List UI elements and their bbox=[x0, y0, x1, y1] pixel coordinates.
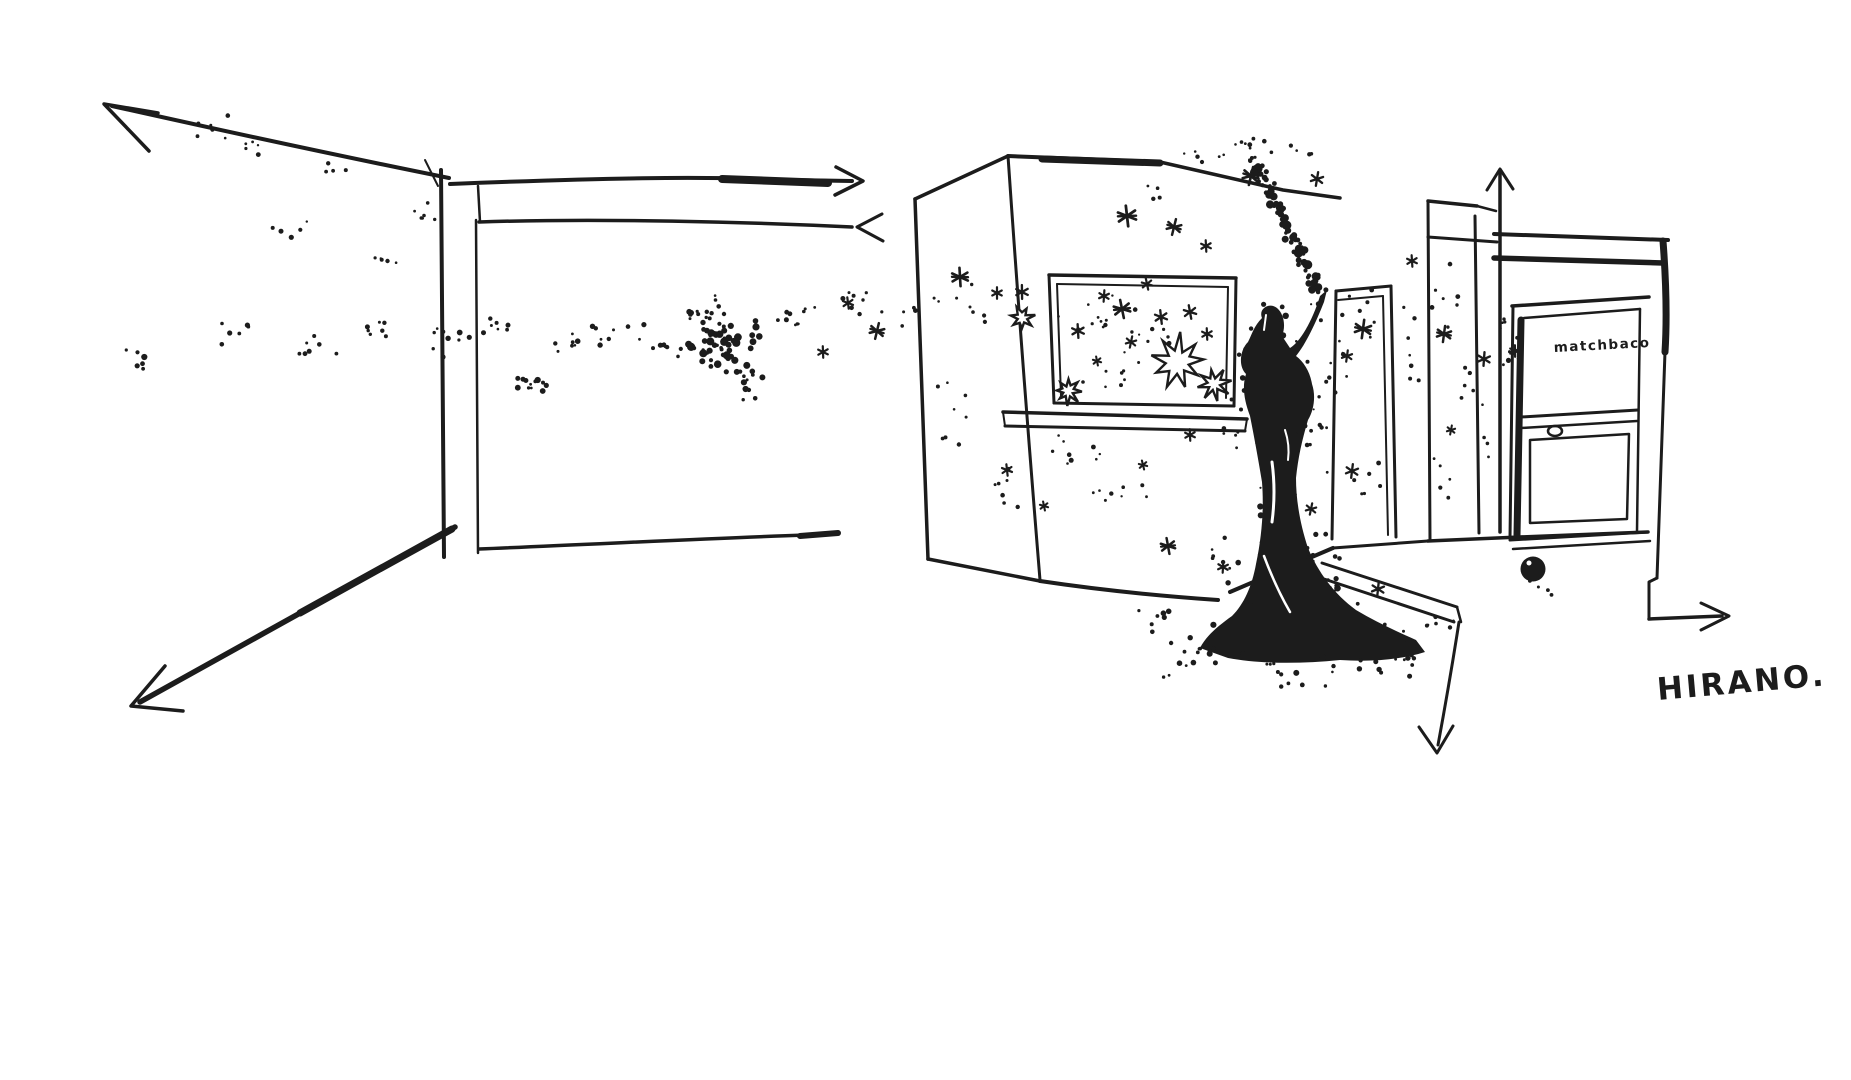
burst-stars bbox=[1011, 307, 1232, 406]
arrow-right-bottom bbox=[1649, 603, 1729, 630]
wall-corner-inner-edge bbox=[476, 220, 478, 553]
ground-line-a bbox=[1333, 541, 1428, 548]
wall-bottom-edge bbox=[479, 534, 836, 549]
arrow-down-left bbox=[131, 527, 455, 711]
door-frame-left bbox=[1510, 306, 1513, 538]
genie-figure bbox=[1196, 287, 1425, 665]
kiosk-top-band-a bbox=[1494, 234, 1668, 240]
ceiling-beam-bottom bbox=[479, 220, 852, 227]
cartoon-illustration: matchbaco HIRANO. bbox=[0, 0, 1851, 1080]
window-sill-bottom bbox=[1005, 426, 1245, 431]
kiosk-right-edge bbox=[1657, 352, 1665, 578]
window-sill-top bbox=[1003, 412, 1247, 419]
ceiling-beam-thick bbox=[722, 179, 828, 183]
ceiling-beam-end bbox=[478, 186, 480, 222]
door-label: matchbaco bbox=[1553, 335, 1651, 356]
artist-signature: HIRANO. bbox=[1656, 657, 1828, 708]
left-room-sketch bbox=[425, 160, 852, 557]
kiosk-top-band-b bbox=[1494, 258, 1663, 263]
roof-left-slope bbox=[915, 156, 1008, 199]
door-lower-panel bbox=[1530, 434, 1629, 523]
perspective-arrows bbox=[104, 104, 883, 711]
door-midrail-a bbox=[1521, 410, 1638, 417]
roof-ridge-thick bbox=[1042, 159, 1160, 163]
door-leaf: matchbaco bbox=[1517, 309, 1651, 535]
arrow-down bbox=[1419, 622, 1459, 753]
kiosk-base-jog bbox=[1649, 578, 1657, 619]
spark-streak bbox=[1250, 163, 1322, 294]
arrow-tail-fletch bbox=[857, 214, 883, 241]
wall-corner-edge bbox=[441, 170, 444, 557]
wall-bottom-blob bbox=[800, 533, 838, 536]
building-front-corner bbox=[1008, 156, 1040, 580]
rubber-ball bbox=[1521, 557, 1546, 582]
corner-pillar bbox=[1428, 201, 1497, 540]
doorknob bbox=[1548, 426, 1562, 436]
kiosk-right-corner-thick bbox=[1663, 241, 1666, 352]
front-base bbox=[1040, 581, 1218, 600]
door-threshold bbox=[1513, 541, 1650, 549]
arrow-up-left bbox=[104, 104, 449, 178]
door-midrail-b bbox=[1521, 421, 1637, 428]
door-frame-top bbox=[1512, 297, 1649, 306]
building-left-edge bbox=[915, 199, 928, 559]
left-face-base bbox=[928, 559, 1040, 581]
